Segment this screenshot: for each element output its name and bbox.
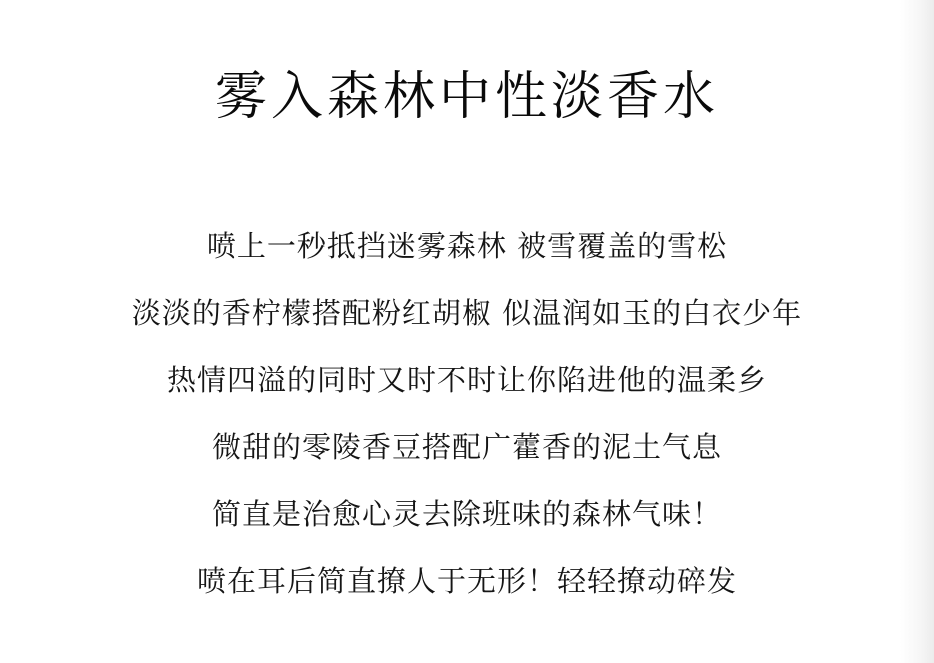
description-line: 热情四溢的同时又时不时让你陷进他的温柔乡 bbox=[0, 354, 934, 421]
description-line: 淡淡的香柠檬搭配粉红胡椒 似温润如玉的白衣少年 bbox=[0, 287, 934, 354]
description-line: 简直是治愈心灵去除班味的森林气味！ bbox=[0, 488, 934, 555]
description-line: 喷在耳后简直撩人于无形！轻轻撩动碎发 bbox=[0, 555, 934, 622]
page-title: 雾入森林中性淡香水 bbox=[0, 62, 934, 132]
description-line: 微甜的零陵香豆搭配广藿香的泥土气息 bbox=[0, 421, 934, 488]
description-lines: 喷上一秒抵挡迷雾森林 被雪覆盖的雪松 淡淡的香柠檬搭配粉红胡椒 似温润如玉的白衣… bbox=[0, 220, 934, 622]
description-line: 喷上一秒抵挡迷雾森林 被雪覆盖的雪松 bbox=[0, 220, 934, 287]
product-description-page: 雾入森林中性淡香水 喷上一秒抵挡迷雾森林 被雪覆盖的雪松 淡淡的香柠檬搭配粉红胡… bbox=[0, 0, 934, 663]
